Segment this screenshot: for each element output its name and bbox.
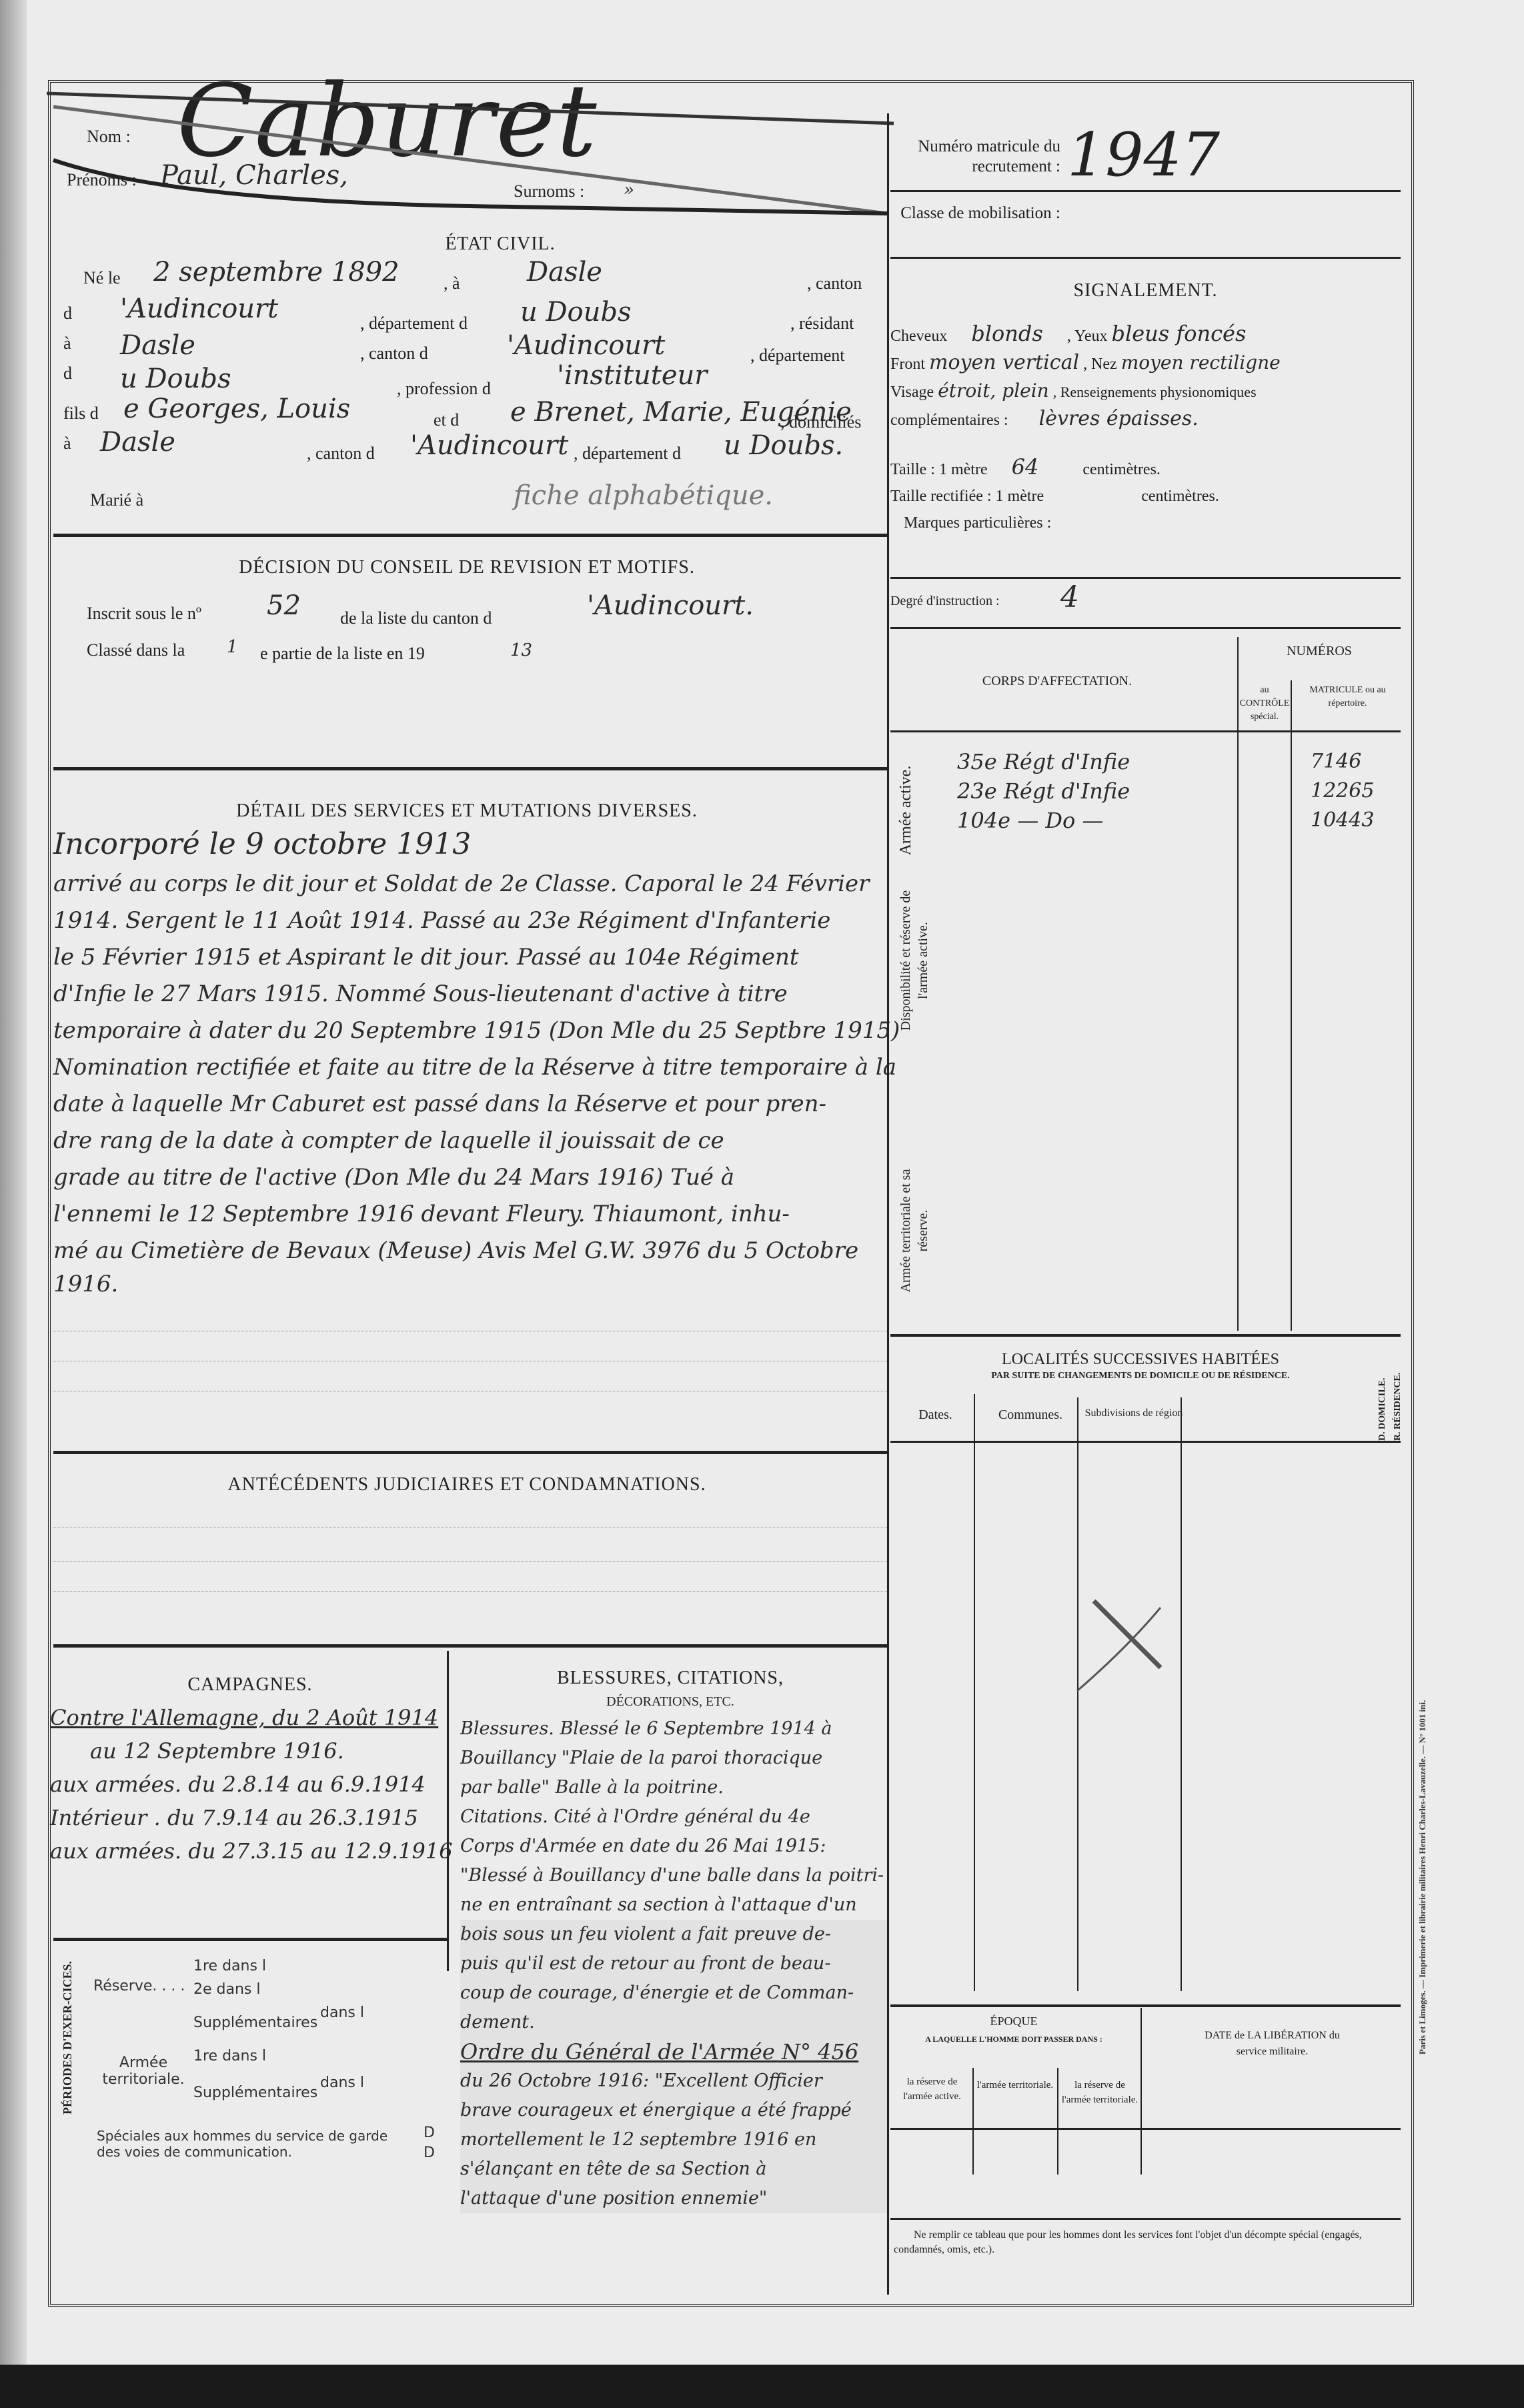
disponibilite-label: Disponibilité et réserve de l'armée acti… <box>897 884 932 1037</box>
territoriale-label: Armée territoriale. <box>100 2054 187 2088</box>
complementaires-label: complémentaires : <box>890 412 1008 429</box>
canton-value: 'Audincourt <box>120 293 278 324</box>
profession-label: , profession d <box>397 379 491 399</box>
col-dates: Dates. <box>894 1407 977 1423</box>
blessures-title: BLESSURES, CITATIONS, <box>454 1668 887 1689</box>
a3-label: à <box>63 434 71 454</box>
blessure-line: par balle" Balle à la poitrine. <box>460 1773 887 1802</box>
services-line: temporaire à dater du 20 Septembre 1915 … <box>53 1017 900 1044</box>
col-matricule: MATRICULE ou au répertoire. <box>1293 684 1403 710</box>
divider <box>890 2128 1401 2130</box>
divider <box>890 577 1401 579</box>
residence-label: R. RÉSIDENCE. <box>1393 1373 1403 1441</box>
campagne-line: Intérieur . du 7.9.14 au 26.3.1915 <box>50 1801 453 1834</box>
classe-mobilisation-label: Classe de mobilisation : <box>900 203 1060 223</box>
localites-title: LOCALITÉS SUCCESSIVES HABITÉES <box>890 1351 1391 1369</box>
blessure-line: Bouillancy "Plaie de la paroi thoracique <box>460 1744 887 1773</box>
residant-label: , résidant <box>790 314 854 334</box>
speciales-label: Spéciales aux hommes du service de garde… <box>97 2128 410 2160</box>
blessure-line: mortellement le 12 septembre 1916 en <box>460 2125 887 2155</box>
blessure-line: ne en entraînant sa section à l'attaque … <box>460 1890 887 1920</box>
column-divider <box>974 1394 975 1991</box>
column-divider <box>1181 1397 1182 1991</box>
services-line: arrivé au corps le dit jour et Soldat de… <box>53 870 869 897</box>
epoque-note: Ne remplir ce tableau que pour les homme… <box>894 2228 1394 2257</box>
nez-label: , Nez <box>1083 356 1117 373</box>
corps-row: 35e Régt d'Infie <box>957 747 1130 776</box>
pasted-slip: bois sous un feu violent a fait preuve d… <box>460 1920 887 2213</box>
decision-title: DÉCISION DU CONSEIL DE REVISION ET MOTIF… <box>133 557 800 578</box>
blessure-line: Blessures. Blessé le 6 Septembre 1914 à <box>460 1714 887 1744</box>
departement3-value: u Doubs. <box>724 430 843 461</box>
taille-label: Taille : 1 mètre <box>890 461 988 478</box>
col-reserve-territoriale: la réserve de l'armée territoriale. <box>1060 2078 1139 2107</box>
reserve-supp-dans: dans l <box>320 2004 364 2021</box>
birthplace-value: Dasle <box>527 257 602 287</box>
liste-label: de la liste du canton d <box>340 608 492 628</box>
d-label: d <box>63 304 72 324</box>
d2-label: d <box>63 364 72 384</box>
classe-value: 1 <box>227 637 238 657</box>
speciales-d2: D <box>424 2145 435 2161</box>
canton-label: , canton <box>807 273 862 293</box>
divider <box>890 627 1401 629</box>
taille-rect-unit: centimètres. <box>1141 488 1219 505</box>
signalement-block: Cheveux blonds , Yeux bleus foncés Front… <box>890 320 1404 536</box>
blessure-line: coup de courage, d'énergie et de Comman- <box>460 1978 887 2008</box>
degre-value: 4 <box>1060 580 1079 614</box>
departement2-value: u Doubs <box>120 364 231 394</box>
visage-label: Visage <box>890 384 934 401</box>
ruled-line <box>53 1391 887 1391</box>
corps-rows: 35e Régt d'Infie 23e Régt d'Infie 104e —… <box>957 747 1130 835</box>
campagne-line: au 12 Septembre 1916. <box>50 1734 453 1768</box>
departement-value: u Doubs <box>520 297 632 328</box>
yeux-label: , Yeux <box>1067 328 1108 345</box>
ruled-line <box>53 1591 887 1592</box>
marques-label: Marques particulières : <box>890 510 1404 536</box>
father-value: e Georges, Louis <box>123 394 350 424</box>
departement2-label: , département <box>750 346 845 366</box>
blessures-text: Blessures. Blessé le 6 Septembre 1914 à … <box>460 1714 887 2213</box>
marie-label: Marié à <box>90 490 143 510</box>
partie-label: e partie de la liste en 19 <box>260 644 425 664</box>
departement3-label: , département d <box>574 444 681 464</box>
services-line: date à laquelle Mr Caburet est passé dan… <box>53 1091 826 1117</box>
column-divider <box>1077 1397 1078 1991</box>
services-line: grade au titre de l'active (Don Mle du 2… <box>53 1164 734 1191</box>
services-line: l'ennemi le 12 Septembre 1916 devant Fle… <box>53 1201 790 1227</box>
col-territoriale: l'armée territoriale. <box>975 2078 1055 2092</box>
header-decorative-lines <box>47 87 894 220</box>
col-controle: au CONTRÔLE spécial. <box>1239 684 1290 724</box>
record-sheet: Nom : Caburet Prénoms : Paul, Charles, S… <box>0 0 1524 2365</box>
departement-label: , département d <box>360 314 468 334</box>
reserve-2: 2e dans l <box>193 1981 260 1998</box>
epoque-subtitle: A LAQUELLE L'HOMME DOIT PASSER DANS : <box>890 2034 1137 2044</box>
campagne-line: Contre l'Allemagne, du 2 Août 1914 <box>50 1701 453 1734</box>
services-line: le 5 Février 1915 et Aspirant le dit jou… <box>53 944 799 971</box>
liste-value: 'Audincourt. <box>587 590 754 621</box>
territoriale-reserve-label: Armée territoriale et sa réserve. <box>897 1154 932 1307</box>
blessure-line: Corps d'Armée en date du 26 Mai 1915: <box>460 1832 887 1861</box>
corps-title: CORPS D'AFFECTATION. <box>890 674 1224 689</box>
col-reserve-active: la réserve de l'armée active. <box>894 2074 970 2104</box>
divider <box>890 2218 1401 2220</box>
ne-le-value: 2 septembre 1892 <box>153 257 400 287</box>
blessures-subtitle: DÉCORATIONS, ETC. <box>454 1694 887 1710</box>
canton2-value: 'Audincourt <box>507 330 665 361</box>
matricule-rows: 7146 12265 10443 <box>1311 747 1374 835</box>
cross-out-mark-icon <box>1074 1594 1167 1694</box>
marie-value: fiche alphabétique. <box>514 480 773 511</box>
inscrit-label: Inscrit sous le nº <box>87 604 201 624</box>
yeux-value: bleus foncés <box>1112 321 1247 346</box>
blessure-line: puis qu'il est de retour au front de bea… <box>460 1949 887 1978</box>
ruled-line <box>53 1561 887 1562</box>
localites-subtitle: PAR SUITE DE CHANGEMENTS DE DOMICILE OU … <box>890 1371 1391 1381</box>
column-divider <box>1140 2008 1142 2175</box>
matricule-cell: 10443 <box>1311 806 1374 835</box>
blessure-line: Citations. Cité à l'Ordre général du 4e <box>460 1802 887 1832</box>
column-divider <box>1237 637 1239 1331</box>
domicilies-label: , domiciliés <box>780 412 861 432</box>
terr-1: 1re dans l <box>193 2048 266 2064</box>
col-communes: Communes. <box>980 1407 1080 1423</box>
reserve-1: 1re dans l <box>193 1958 266 1974</box>
cheveux-value: blonds <box>971 321 1043 346</box>
fils-label: fils d <box>63 404 99 424</box>
front-label: Front <box>890 356 925 373</box>
services-line: mé au Cimetière de Bevaux (Meuse) Avis M… <box>53 1237 858 1264</box>
reserve-supp: Supplémentaires <box>193 2014 317 2031</box>
services-line: 1914. Sergent le 11 Août 1914. Passé au … <box>53 907 830 934</box>
reserve-label: Réserve. . . . <box>93 1978 185 1994</box>
signalement-title: SIGNALEMENT. <box>890 280 1401 302</box>
canton3-label: , canton d <box>307 444 375 464</box>
a-label: , à <box>444 273 460 293</box>
blessure-line: dement. <box>460 2008 887 2037</box>
divider <box>890 190 1401 192</box>
divider <box>890 257 1401 259</box>
annee-value: 13 <box>510 640 532 660</box>
matricule-cell: 7146 <box>1311 747 1374 776</box>
blessure-line: l'attaque d'une position ennemie" <box>460 2184 887 2213</box>
nez-value: moyen rectiligne <box>1121 352 1281 374</box>
printer-imprint: Paris et Limoges. — Imprimerie et librai… <box>1417 1700 1428 2054</box>
date-liberation-title: DATE de LA LIBÉRATION du service militai… <box>1144 2028 1401 2060</box>
divider <box>53 1451 887 1454</box>
profession-value: 'instituteur <box>557 360 707 391</box>
campagne-line: aux armées. du 27.3.15 au 12.9.1916 <box>50 1834 453 1868</box>
column-divider <box>1291 680 1292 1331</box>
divider <box>53 767 887 770</box>
et-label: et d <box>434 410 459 430</box>
matricule-label: Numéro matricule du recrutement : <box>900 137 1060 177</box>
periodes-vertical-title: PÉRIODES D'EXER-CICES. <box>60 1961 75 2115</box>
blessure-line: du 26 Octobre 1916: "Excellent Officier <box>460 2066 887 2096</box>
taille-value: 64 <box>1012 454 1039 480</box>
etat-civil-title: ÉTAT CIVIL. <box>333 233 667 255</box>
corps-row: 104e — Do — <box>957 806 1130 835</box>
services-line: Nomination rectifiée et faite au titre d… <box>53 1054 896 1081</box>
armee-active-label: Armée active. <box>897 750 915 870</box>
epoque-title: ÉPOQUE <box>890 2014 1137 2028</box>
blessure-line: bois sous un feu violent a fait preuve d… <box>460 1920 887 1949</box>
campagnes-title: CAMPAGNES. <box>53 1674 447 1696</box>
taille-unit: centimètres. <box>1082 461 1161 478</box>
ne-le-label: Né le <box>83 268 121 288</box>
services-line: dre rang de la date à compter de laquell… <box>53 1127 724 1154</box>
divider <box>53 1938 447 1941</box>
classe-label: Classé dans la <box>87 640 185 660</box>
services-title: DÉTAIL DES SERVICES ET MUTATIONS DIVERSE… <box>133 800 800 822</box>
cheveux-label: Cheveux <box>890 328 947 345</box>
services-line: d'Infie le 27 Mars 1915. Nommé Sous-lieu… <box>53 981 788 1007</box>
ruled-line <box>53 1361 887 1361</box>
blessure-line: s'élançant en tête de sa Section à <box>460 2155 887 2184</box>
numeros-title: NUMÉROS <box>1239 644 1399 659</box>
ruled-line <box>53 1331 887 1331</box>
campagnes-text: Contre l'Allemagne, du 2 Août 1914 au 12… <box>50 1701 453 1868</box>
domicile-label: D. DOMICILE. <box>1377 1377 1388 1441</box>
divider <box>890 730 1401 732</box>
corps-row: 23e Régt d'Infie <box>957 776 1130 806</box>
campagne-line: aux armées. du 2.8.14 au 6.9.1914 <box>50 1768 453 1801</box>
speciales-d1: D <box>424 2125 435 2141</box>
services-line: 1916. <box>53 1271 118 1297</box>
inscrit-value: 52 <box>267 590 301 621</box>
front-value: moyen vertical <box>929 351 1079 374</box>
blessure-line: Ordre du Général de l'Armée N° 456 <box>460 2037 887 2066</box>
a2-label: à <box>63 334 71 354</box>
column-divider <box>972 2068 974 2175</box>
divider <box>890 1441 1401 1443</box>
column-divider <box>1057 2068 1058 2175</box>
terr-supp: Supplémentaires <box>193 2084 317 2101</box>
divider <box>53 1644 887 1648</box>
blessure-line: brave courageux et énergique a été frapp… <box>460 2096 887 2125</box>
canton3-value: 'Audincourt <box>410 430 568 461</box>
services-line: Incorporé le 9 octobre 1913 <box>53 827 471 861</box>
blessure-line: "Blessé à Bouillancy d'une balle dans la… <box>460 1861 887 1890</box>
column-divider <box>887 113 889 2295</box>
ruled-line <box>53 1528 887 1528</box>
matricule-cell: 12265 <box>1311 776 1374 806</box>
residence-value: Dasle <box>120 330 195 361</box>
matricule-value: 1947 <box>1067 120 1220 190</box>
canton2-label: , canton d <box>360 344 428 364</box>
divider <box>53 534 887 537</box>
terr-supp-dans: dans l <box>320 2074 364 2091</box>
taille-rect-label: Taille rectifiée : 1 mètre <box>890 488 1044 505</box>
complementaires-value: lèvres épaisses. <box>1039 407 1199 430</box>
divider <box>890 2004 1401 2007</box>
degre-label: Degré d'instruction : <box>890 594 1000 609</box>
renseignements-label: , Renseignements physionomiques <box>1053 384 1257 400</box>
antecedents-title: ANTÉCÉDENTS JUDICIAIRES ET CONDAMNATIONS… <box>133 1474 800 1495</box>
divider <box>890 1334 1401 1337</box>
col-subdivisions: Subdivisions de région <box>1080 1407 1187 1419</box>
domicile-value: Dasle <box>100 427 175 458</box>
visage-value: étroit, plein <box>938 380 1049 402</box>
